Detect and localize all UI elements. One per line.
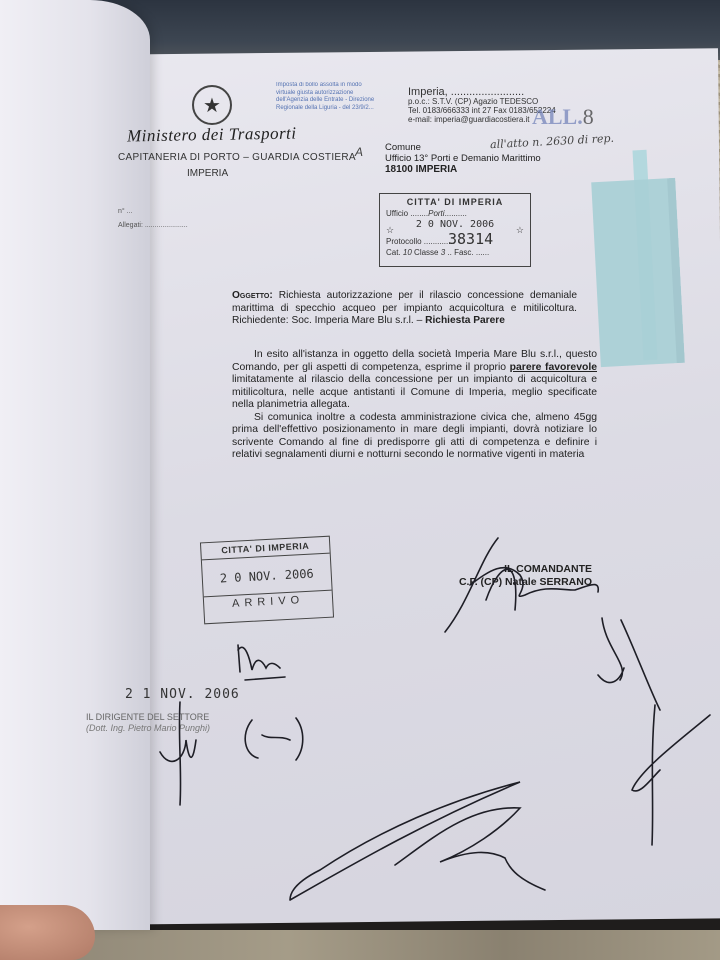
subject-paragraph: Oggetto: Richiesta autorizzazione per il… (232, 290, 577, 328)
recipient-address: Comune Ufficio 13° Porti e Demanio Marit… (385, 142, 541, 175)
ministry-title: Ministero dei Trasporti (127, 124, 297, 147)
city-date: Imperia, ........................ (408, 88, 556, 97)
blue-binder-tab (591, 178, 685, 367)
received-date: 2 1 NOV. 2006 (125, 687, 240, 702)
star-icon: ☆ (516, 225, 524, 236)
office-city: IMPERIA (187, 168, 228, 179)
body-paragraph-1: In esito all'istanza in oggetto della so… (232, 349, 597, 412)
tax-stamp-text: Imposta di bollo assolta in modo virtual… (276, 82, 416, 112)
background-stone-bottom (0, 930, 720, 960)
reference-fields: n° ... Allegati: ...................... (118, 205, 188, 233)
star-icon: ☆ (386, 225, 394, 236)
arrival-stamp: CITTA' DI IMPERIA 2 0 NOV. 2006 ARRIVO (200, 536, 334, 625)
protocol-number: 38314 (448, 234, 493, 245)
letter-body: In esito all'istanza in oggetto della so… (232, 349, 597, 462)
republic-emblem-icon: ★ (192, 85, 232, 125)
protocol-stamp: CITTA' DI IMPERIA Ufficio ........Porti.… (379, 193, 531, 267)
attachment-stamp: ALL.8 (532, 104, 594, 130)
signature-block: IL COMANDANTE C.F. (CP) Natale SERRANO (412, 563, 592, 589)
finger (0, 905, 95, 960)
recipient-marker: A (355, 145, 363, 159)
dirigente-block: IL DIRIGENTE DEL SETTORE (Dott. Ing. Pie… (86, 712, 210, 734)
office-name: CAPITANERIA DI PORTO – GUARDIA COSTIERA (118, 152, 356, 163)
body-paragraph-2: Si comunica inoltre a codesta amministra… (232, 412, 597, 462)
